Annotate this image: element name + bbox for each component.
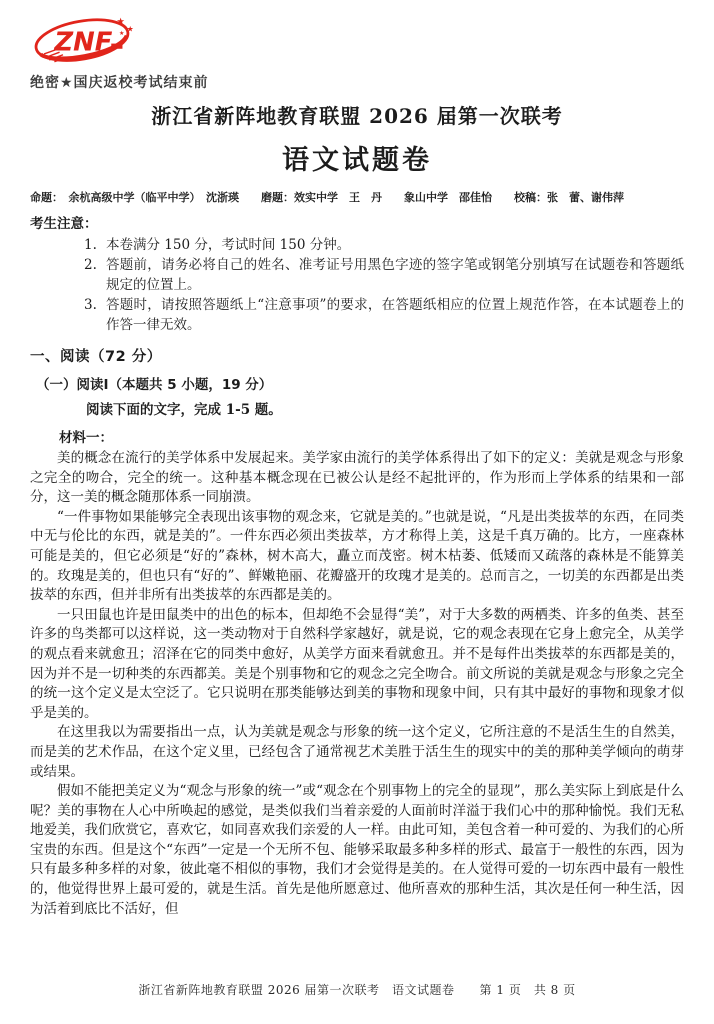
notice-item-text: 答题前，请务必将自己的姓名、准考证号用黑色字迹的签字笔或钢笔分别填写在试题卷和答… xyxy=(106,257,684,293)
znf-logo-graphic: ZNF ★ ★ ★ xyxy=(32,14,144,68)
star-icon: ★ xyxy=(127,25,134,34)
material-paragraph: 假如不能把美定义为“观念与形象的统一”或“观念在个别事物上的完全的显现”，那么美… xyxy=(30,782,684,919)
znf-logo: ZNF ★ ★ ★ xyxy=(32,14,144,68)
notice-list: 1. 本卷满分 150 分，考试时间 150 分钟。 2. 答题前，请务必将自己… xyxy=(30,235,684,335)
material-paragraph: “一件事物如果能够完全表现出该事物的观念来，它就是美的。”也就是说，“凡是出类拔… xyxy=(30,508,684,606)
credits-line: 命题： 余杭高级中学（临平中学） 沈浙瑛 磨题：效实中学 王 丹 象山中学 邵佳… xyxy=(30,189,684,205)
logo-seal-mark xyxy=(111,44,116,49)
notice-item-text: 本卷满分 150 分，考试时间 150 分钟。 xyxy=(106,237,350,253)
exam-title: 浙江省新阵地教育联盟 2026 届第一次联考 xyxy=(30,100,684,129)
notice-item-number: 2. xyxy=(84,255,97,275)
material-paragraph: 一只田鼠也许是田鼠类中的出色的标本，但却绝不会显得“美”，对于大多数的两栖类、许… xyxy=(30,606,684,724)
notice-item-number: 1. xyxy=(84,235,97,255)
notice-item-text: 答题时，请按照答题纸上“注意事项”的要求，在答题纸相应的位置上规范作答，在本试题… xyxy=(106,297,684,333)
notice-heading: 考生注意： xyxy=(30,212,684,232)
notice-item: 1. 本卷满分 150 分，考试时间 150 分钟。 xyxy=(30,235,684,255)
logo-seal-mark xyxy=(117,44,122,49)
material-one-heading: 材料一： xyxy=(59,426,684,446)
notice-item: 2. 答题前，请务必将自己的姓名、准考证号用黑色字迹的签字笔或钢笔分别填写在试题… xyxy=(30,255,684,295)
subsection-heading-reading-1: （一）阅读Ⅰ（本题共 5 小题，19 分） xyxy=(36,373,684,393)
logo-text: ZNF xyxy=(53,27,112,57)
part-heading-reading: 一、阅读（72 分） xyxy=(30,345,684,366)
material-one-body: 美的概念在流行的美学体系中发展起来。美学家由流行的美学体系得出了如下的定义：美就… xyxy=(30,449,684,919)
star-icon: ★ xyxy=(119,30,124,37)
material-paragraph: 在这里我以为需要指出一点，认为美就是观念与形象的统一这个定义，它所注意的不是活生… xyxy=(30,723,684,782)
notice-item: 3. 答题时，请按照答题纸上“注意事项”的要求，在答题纸相应的位置上规范作答，在… xyxy=(30,295,684,335)
material-paragraph: 美的概念在流行的美学体系中发展起来。美学家由流行的美学体系得出了如下的定义：美就… xyxy=(30,449,684,508)
paper-title: 语文试题卷 xyxy=(30,138,684,177)
exam-paper-page: ZNF ★ ★ ★ 绝密★国庆返校考试结束前 浙江省新阵地教育联盟 2026 届… xyxy=(0,0,714,1024)
reading-instruction: 阅读下面的文字，完成 1-5 题。 xyxy=(86,398,684,418)
security-classification: 绝密★国庆返校考试结束前 xyxy=(30,72,684,92)
star-icon: ★ xyxy=(116,17,125,28)
page-footer: 浙江省新阵地教育联盟 2026 届第一次联考 语文试题卷 第 1 页 共 8 页 xyxy=(0,981,714,998)
notice-item-number: 3. xyxy=(84,295,97,315)
